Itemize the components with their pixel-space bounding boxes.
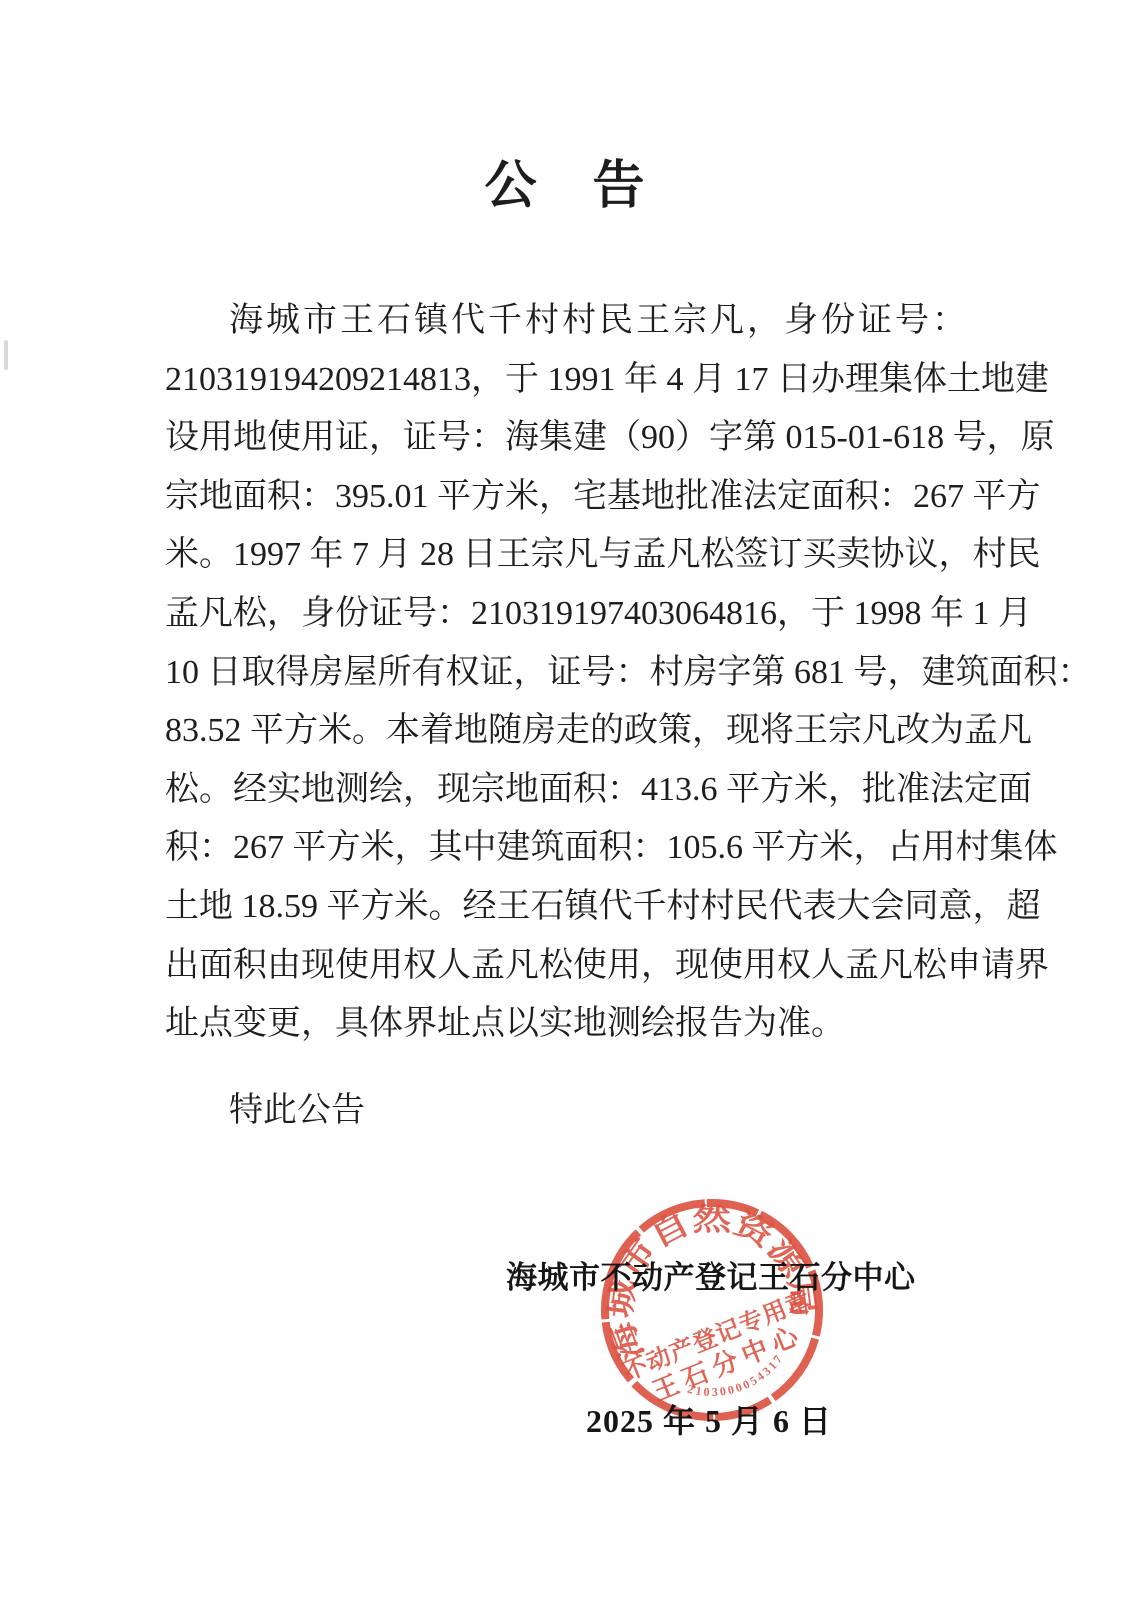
announcement-page: 公 告 海城市王石镇代千村村民王宗凡，身份证号：2103191942092148… [0, 0, 1131, 1600]
body-line: 海城市王石镇代千村村民王宗凡，身份证号： [165, 292, 966, 351]
closing-line: 特此公告 [165, 1082, 966, 1140]
body-line: 米。1997 年 7 月 28 日王宗凡与孟凡松签订买卖协议，村民 [165, 526, 966, 585]
scan-artifact [4, 340, 8, 370]
body-line: 10 日取得房屋所有权证，证号：村房字第 681 号，建筑面积： [165, 644, 966, 703]
body-line: 土地 18.59 平方米。经王石镇代千村村民代表大会同意，超 [165, 878, 966, 937]
body-line: 址点变更，具体界址点以实地测绘报告为准。 [165, 995, 966, 1054]
body-line: 出面积由现使用权人孟凡松使用，现使用权人孟凡松申请界 [165, 937, 966, 996]
body-line: 松。经实地测绘，现宗地面积：413.6 平方米，批准法定面 [165, 761, 966, 820]
body-line: 宗地面积：395.01 平方米，宅基地批准法定面积：267 平方 [165, 468, 966, 527]
body-line: 积：267 平方米，其中建筑面积：105.6 平方米，占用村集体 [165, 819, 966, 878]
body-line: 孟凡松，身份证号：210319197403064816，于 1998 年 1 月 [165, 585, 966, 644]
issue-date: 2025 年 5 月 6 日 [586, 1396, 886, 1442]
issuer-name: 海城市不动产登记王石分中心 [506, 1252, 946, 1297]
body-line: 83.52 平方米。本着地随房走的政策，现将王宗凡改为孟凡 [165, 702, 966, 761]
body-line: 210319194209214813，于 1991 年 4 月 17 日办理集体… [165, 351, 966, 410]
announcement-body: 海城市王石镇代千村村民王宗凡，身份证号：210319194209214813，于… [165, 292, 966, 1054]
body-line: 设用地使用证，证号：海集建（90）字第 015-01-618 号，原 [165, 409, 966, 468]
page-title: 公 告 [0, 143, 1131, 218]
